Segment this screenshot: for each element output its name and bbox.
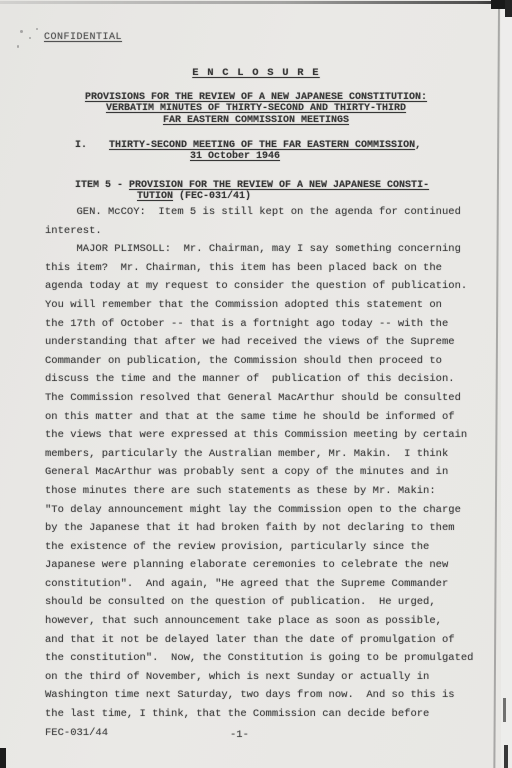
scan-artifact-top-edge — [0, 1, 512, 4]
scan-speck — [17, 45, 19, 48]
transcript-line: the 17th of October -- that is a fortnig… — [45, 315, 473, 334]
transcript-line: the views that were expressed at this Co… — [45, 426, 473, 445]
transcript-line: this item? Mr. Chairman, this item has b… — [45, 259, 473, 278]
enclosure-heading: E N C L O S U R E — [0, 67, 512, 79]
scan-speck — [29, 37, 31, 39]
transcript-line: The Commission resolved that General Mac… — [45, 389, 473, 408]
transcript-line: interest. — [45, 222, 473, 241]
transcript-line: by the Japanese that it had broken faith… — [45, 519, 473, 538]
transcript-line: members, particularly the Australian mem… — [45, 445, 473, 464]
scan-speck — [20, 30, 23, 33]
transcript-line: constitution". And again, "He agreed tha… — [45, 575, 473, 594]
transcript-line: General MacArthur was probably sent a co… — [45, 463, 473, 482]
section-title: THIRTY-SECOND MEETING OF THE FAR EASTERN… — [109, 140, 415, 151]
transcript-line: the constitution". Now, the Constitution… — [45, 649, 473, 668]
transcript-line: "To delay announcement might lay the Com… — [45, 501, 473, 520]
transcript-line: discuss the time and the manner of publi… — [45, 370, 473, 389]
page-footer: FEC-031/44 -1- — [45, 727, 475, 739]
transcript-line: agenda today at my request to consider t… — [45, 277, 473, 296]
transcript-line: and that it not be delayed later than th… — [45, 631, 473, 650]
document-title-line: VERBATIM MINUTES OF THIRTY-SECOND AND TH… — [0, 103, 512, 114]
scan-artifact-bottom-left-bar — [0, 748, 6, 768]
transcript-line: understanding that after we had received… — [45, 333, 473, 352]
transcript-line: should be consulted on the question of p… — [45, 593, 473, 612]
transcript-line: You will remember that the Commission ad… — [45, 296, 473, 315]
scan-artifact-top-right-corner-2 — [505, 0, 512, 17]
transcript-line: the existence of the review provision, p… — [45, 538, 473, 557]
item-heading-line2: TUTION (FEC-031/41) — [137, 191, 429, 202]
section-date: 31 October 1946 — [190, 151, 421, 162]
scan-speck — [36, 28, 38, 30]
item-title-line2: TUTION — [137, 191, 173, 202]
section-title-suffix: , — [415, 140, 421, 151]
document-title: PROVISIONS FOR THE REVIEW OF A NEW JAPAN… — [0, 92, 512, 126]
document-title-line: FAR EASTERN COMMISSION MEETINGS — [0, 115, 512, 126]
transcript-line: however, that such announcement take pla… — [45, 612, 473, 631]
classification-stamp: CONFIDENTIAL — [44, 32, 122, 43]
item-prefix: ITEM 5 - — [75, 180, 129, 191]
section-numeral: I. — [75, 140, 109, 151]
scan-artifact-bottom-right-tick — [504, 745, 508, 768]
transcript-line: those minutes there are such statements … — [45, 482, 473, 501]
transcript-line: on this matter and that at the same time… — [45, 408, 473, 427]
transcript-line: Japanese were planning elaborate ceremon… — [45, 556, 473, 575]
page-number: -1- — [230, 729, 249, 741]
transcript-line: the last time, I think, that the Commiss… — [45, 705, 473, 724]
scanned-document-page: CONFIDENTIAL E N C L O S U R E PROVISION… — [0, 0, 512, 768]
section-heading: I.THIRTY-SECOND MEETING OF THE FAR EASTE… — [75, 140, 421, 163]
transcript-line: on the third of November, which is next … — [45, 668, 473, 687]
item-reference: (FEC-031/41) — [173, 191, 251, 202]
transcript-line: Commander on publication, the Commission… — [45, 352, 473, 371]
transcript-line: MAJOR PLIMSOLL: Mr. Chairman, may I say … — [45, 240, 473, 259]
transcript-line: Washington time next Saturday, two days … — [45, 686, 473, 705]
item-heading: ITEM 5 - PROVISION FOR THE REVIEW OF A N… — [75, 180, 429, 203]
document-reference: FEC-031/44 — [45, 727, 108, 739]
section-heading-line1: I.THIRTY-SECOND MEETING OF THE FAR EASTE… — [75, 140, 421, 151]
transcript-line: GEN. McCOY: Item 5 is still kept on the … — [45, 203, 473, 222]
item-heading-line1: ITEM 5 - PROVISION FOR THE REVIEW OF A N… — [75, 180, 429, 191]
transcript-body: GEN. McCOY: Item 5 is still kept on the … — [45, 203, 473, 724]
item-title-line1: PROVISION FOR THE REVIEW OF A NEW JAPANE… — [129, 180, 429, 191]
scan-artifact-right-tick — [503, 698, 506, 722]
document-title-line: PROVISIONS FOR THE REVIEW OF A NEW JAPAN… — [0, 92, 512, 103]
